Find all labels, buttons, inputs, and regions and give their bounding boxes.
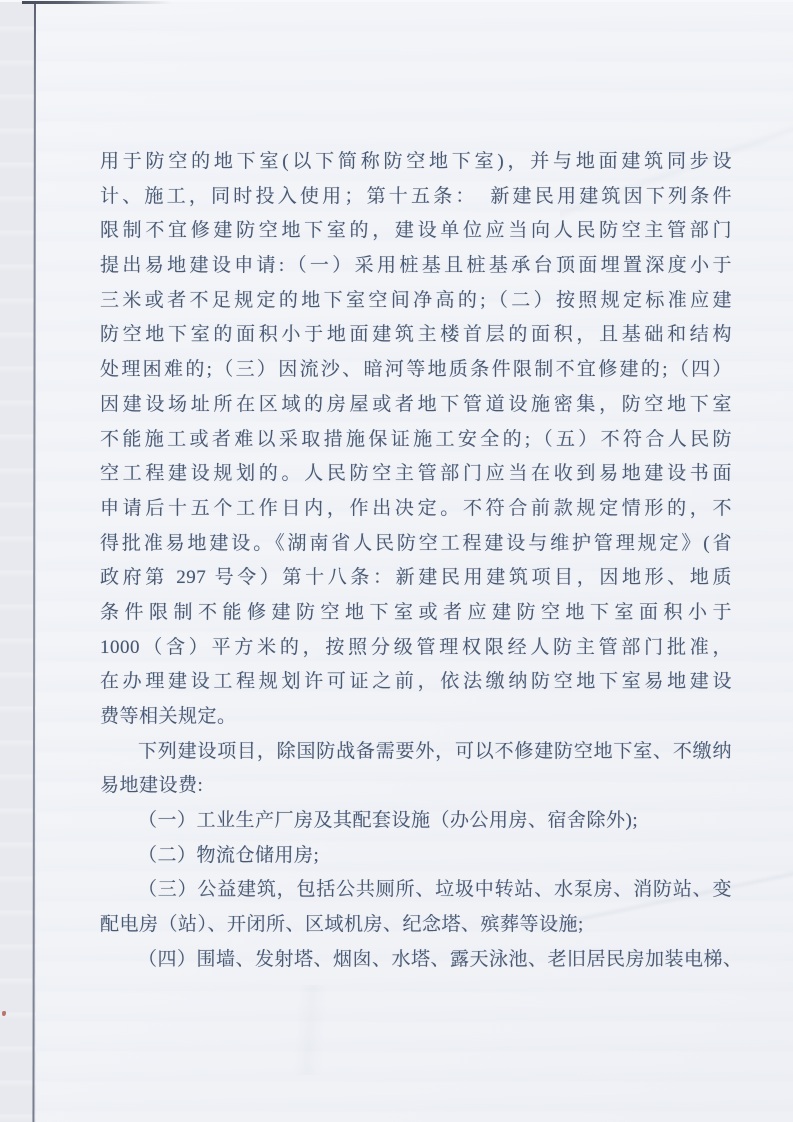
text-line: 不能施工或者难以采取措施保证施工安全的;（五）不符合人民防: [100, 423, 732, 458]
text-line: 在办理建设工程规划许可证之前，依法缴纳防空地下室易地建设: [100, 665, 732, 700]
text-line: 用于防空的地下室(以下简称防空地下室)，并与地面建筑同步设: [100, 145, 732, 180]
text-line: 因建设场址所在区域的房屋或者地下管道设施密集，防空地下室: [100, 388, 732, 423]
list-item-1: （一）工业生产厂房及其配套设施（办公用房、宿舍除外);: [100, 804, 732, 839]
text-line: 处理困难的;（三）因流沙、暗河等地质条件限制不宜修建的;（四）: [100, 353, 732, 388]
text-line: 配电房（站）、开闭所、区域机房、纪念塔、殡葬等设施;: [100, 908, 732, 943]
text-line: 易地建设费:: [100, 769, 732, 804]
text-line: 三米或者不足规定的地下室空间净高的;（二）按照规定标准应建: [100, 284, 732, 319]
text-line: 计、施工，同时投入使用；第十五条： 新建民用建筑因下列条件: [100, 180, 732, 215]
document-text-block: 用于防空的地下室(以下简称防空地下室)，并与地面建筑同步设 计、施工，同时投入使…: [100, 145, 732, 978]
scanner-margin-strip: [0, 0, 36, 1122]
text-line: 条件限制不能修建防空地下室或者应建防空地下室面积小于: [100, 596, 732, 631]
list-item-2: （二）物流仓储用房;: [100, 839, 732, 874]
list-item-3: （三）公益建筑，包括公共厕所、垃圾中转站、水泵房、消防站、变: [100, 873, 732, 908]
text-line: 政府第 297 号令）第十八条：新建民用建筑项目，因地形、地质: [100, 561, 732, 596]
text-line: 得批准易地建设。《湖南省人民防空工程建设与维护管理规定》(省: [100, 527, 732, 562]
text-line: 费等相关规定。: [100, 700, 732, 735]
text-line: 防空地下室的面积小于地面建筑主楼首层的面积，且基础和结构: [100, 318, 732, 353]
scanned-document-page: { "doc": { "kind": "scanned-regulation-p…: [0, 0, 793, 1122]
text-line: 空工程建设规划的。人民防空主管部门应当在收到易地建设书面: [100, 457, 732, 492]
paper-top-edge-line: [22, 1, 172, 4]
text-line: 提出易地建设申请:（一）采用桩基且桩基承台顶面埋置深度小于: [100, 249, 732, 284]
list-item-4: （四）围墙、发射塔、烟囱、水塔、露天泳池、老旧居民房加装电梯、: [100, 943, 732, 978]
text-line: 限制不宜修建防空地下室的，建设单位应当向人民防空主管部门: [100, 214, 732, 249]
text-line: 1000（含）平方米的，按照分级管理权限经人防主管部门批准，: [100, 631, 732, 666]
text-line-paragraph-start: 下列建设项目，除国防战备需要外，可以不修建防空地下室、不缴纳: [100, 735, 732, 770]
text-line: 申请后十五个工作日内，作出决定。不符合前款规定情形的，不: [100, 492, 732, 527]
